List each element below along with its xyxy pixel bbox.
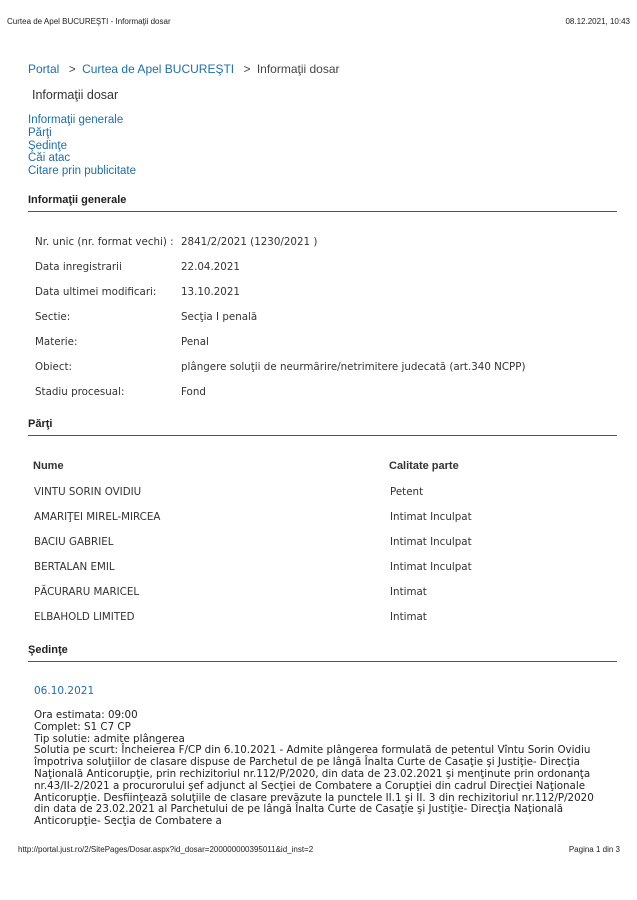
info-value: 13.10.2021 (181, 286, 240, 311)
info-label: Stadiu procesual: (35, 386, 181, 411)
info-label: Obiect: (35, 361, 181, 386)
sedinta-date: 06.10.2021 (34, 685, 94, 697)
column-header-role: Calitate parte (389, 460, 459, 472)
table-of-contents: Informaţii generale Părţi Şedinţe Căi at… (28, 114, 136, 178)
page-title: Informaţii dosar (32, 88, 118, 102)
info-value: 2841/2/2021 (1230/2021 ) (181, 236, 317, 261)
table-row: BERTALAN EMILIntimat Inculpat (34, 561, 472, 586)
info-label: Materie: (35, 336, 181, 361)
table-row: BACIU GABRIELIntimat Inculpat (34, 536, 472, 561)
print-header: Curtea de Apel BUCUREŞTI - Informaţii do… (7, 17, 630, 26)
table-row: AMARIŢEI MIREL-MIRCEAIntimat Inculpat (34, 511, 472, 536)
toc-link-citare[interactable]: Citare prin publicitate (28, 165, 136, 178)
sedinta-details: Ora estimata: 09:00 Complet: S1 C7 CP Ti… (34, 710, 604, 826)
info-row: Data ultimei modificari:13.10.2021 (35, 286, 525, 311)
info-value: Secţia I penală (181, 311, 257, 336)
info-row: Data inregistrarii22.04.2021 (35, 261, 525, 286)
info-row: Sectie:Secţia I penală (35, 311, 525, 336)
print-page-number: Pagina 1 din 3 (569, 845, 620, 854)
parti-table: VINTU SORIN OVIDIUPetent AMARIŢEI MIREL-… (34, 486, 472, 636)
info-label: Data ultimei modificari: (35, 286, 181, 311)
print-url: http://portal.just.ro/2/SitePages/Dosar.… (18, 845, 313, 854)
party-role: Intimat (390, 586, 427, 611)
info-label: Nr. unic (nr. format vechi) : (35, 236, 181, 261)
breadcrumb-separator: > (69, 62, 76, 76)
info-label: Sectie: (35, 311, 181, 336)
breadcrumb-current: Informaţii dosar (257, 62, 340, 76)
info-row: Nr. unic (nr. format vechi) :2841/2/2021… (35, 236, 525, 261)
print-datetime: 08.12.2021, 10:43 (565, 17, 630, 26)
column-header-name: Nume (33, 460, 64, 472)
party-name: PĂCURARU MARICEL (34, 586, 390, 611)
party-role: Intimat Inculpat (390, 511, 472, 536)
party-name: VINTU SORIN OVIDIU (34, 486, 390, 511)
breadcrumb-portal-link[interactable]: Portal (28, 62, 59, 76)
table-row: PĂCURARU MARICELIntimat (34, 586, 472, 611)
toc-link-informatii-generale[interactable]: Informaţii generale (28, 114, 136, 127)
info-value: plângere soluţii de neurmărire/netrimite… (181, 361, 525, 386)
party-role: Intimat (390, 611, 427, 636)
sedinta-complet: Complet: S1 C7 CP (34, 722, 604, 734)
section-heading-sedinte: Şedinţe (28, 644, 617, 662)
info-value: 22.04.2021 (181, 261, 240, 286)
party-name: BACIU GABRIEL (34, 536, 390, 561)
breadcrumb: Portal > Curtea de Apel BUCUREŞTI > Info… (28, 62, 340, 76)
info-row: Obiect:plângere soluţii de neurmărire/ne… (35, 361, 525, 386)
breadcrumb-court-link[interactable]: Curtea de Apel BUCUREŞTI (82, 62, 234, 76)
print-title: Curtea de Apel BUCUREŞTI - Informaţii do… (7, 17, 171, 26)
sedinta-solutie: Solutia pe scurt: Încheierea F/CP din 6.… (34, 745, 604, 826)
breadcrumb-separator: > (243, 62, 250, 76)
info-value: Penal (181, 336, 209, 361)
party-role: Petent (390, 486, 423, 511)
party-role: Intimat Inculpat (390, 536, 472, 561)
section-heading-parti: Părţi (28, 418, 617, 436)
table-row: ELBAHOLD LIMITEDIntimat (34, 611, 472, 636)
party-name: AMARIŢEI MIREL-MIRCEA (34, 511, 390, 536)
general-info-table: Nr. unic (nr. format vechi) :2841/2/2021… (35, 236, 525, 411)
party-name: BERTALAN EMIL (34, 561, 390, 586)
toc-link-sedinte[interactable]: Şedinţe (28, 140, 136, 153)
info-row: Stadiu procesual:Fond (35, 386, 525, 411)
section-heading-general: Informaţii generale (28, 194, 617, 212)
party-name: ELBAHOLD LIMITED (34, 611, 390, 636)
table-row: VINTU SORIN OVIDIUPetent (34, 486, 472, 511)
info-row: Materie:Penal (35, 336, 525, 361)
info-label: Data inregistrarii (35, 261, 181, 286)
toc-link-parti[interactable]: Părţi (28, 127, 136, 140)
print-footer: http://portal.just.ro/2/SitePages/Dosar.… (18, 845, 620, 854)
party-role: Intimat Inculpat (390, 561, 472, 586)
toc-link-cai-atac[interactable]: Căi atac (28, 152, 136, 165)
info-value: Fond (181, 386, 206, 411)
